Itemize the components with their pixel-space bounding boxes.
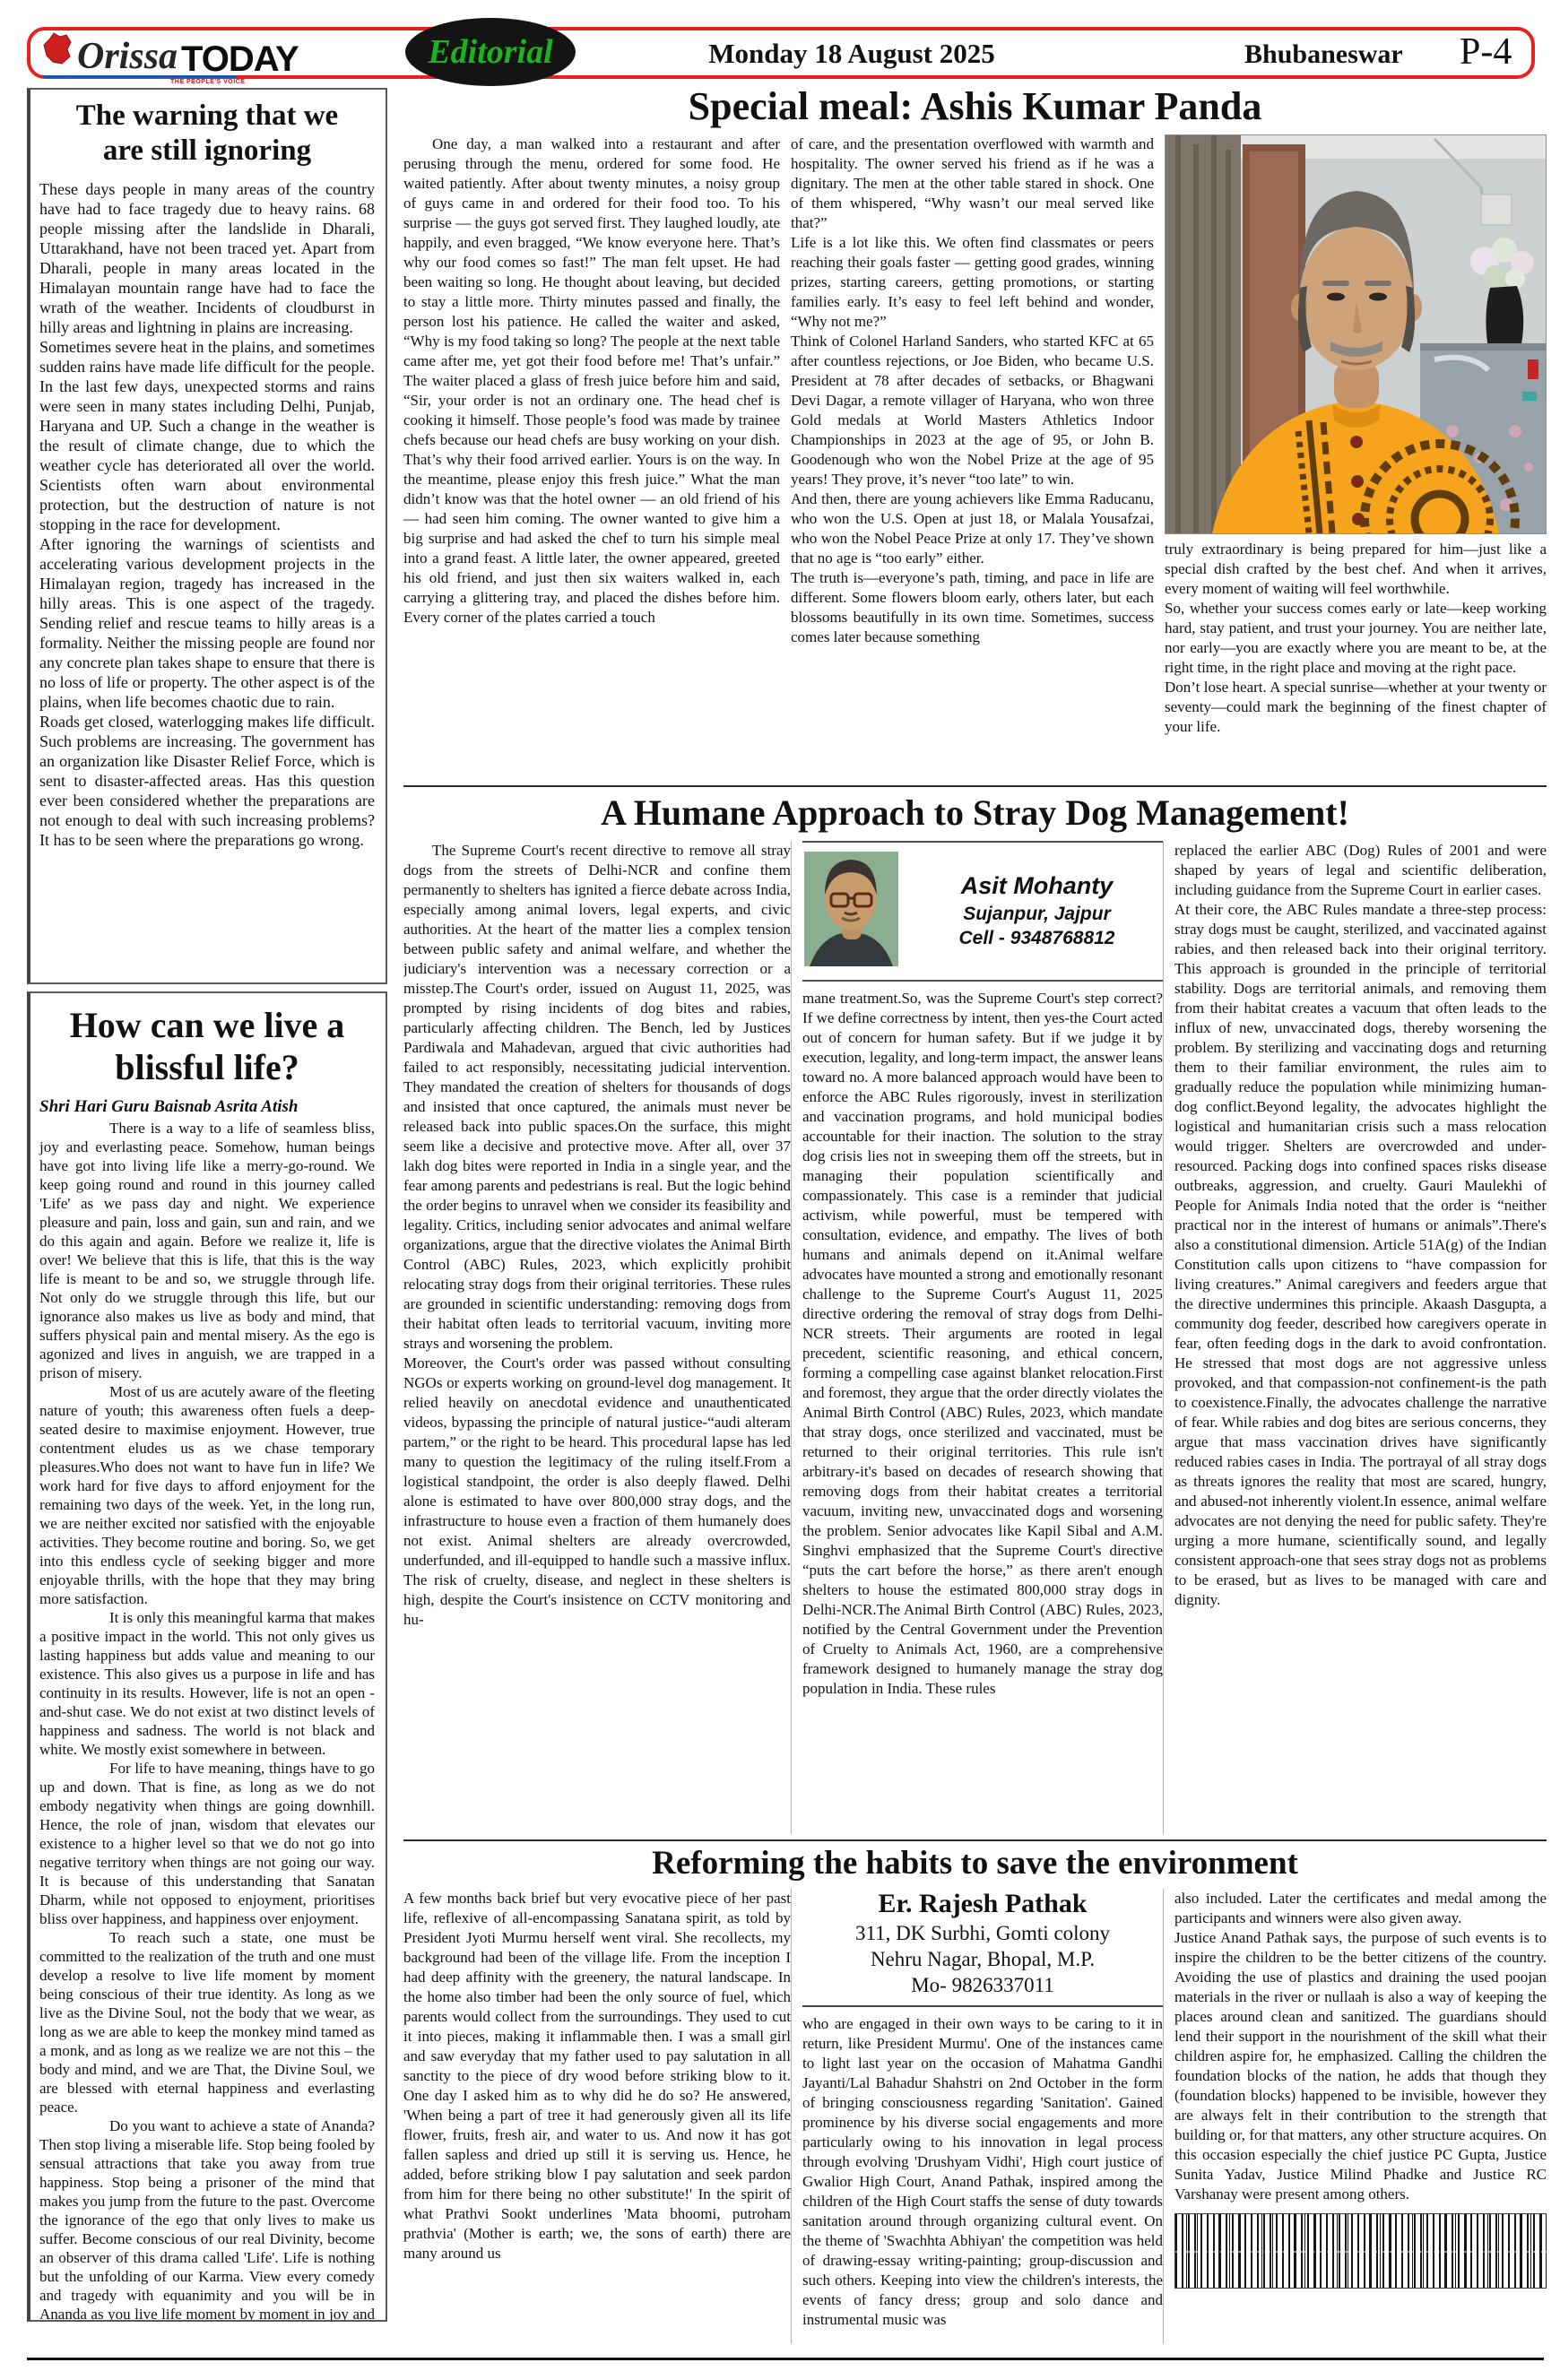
- article-stray-dogs-title: A Humane Approach to Stray Dog Managemen…: [403, 794, 1547, 832]
- article-paragraph: of care, and the presentation overflowed…: [791, 134, 1154, 233]
- article-special-meal-title: Special meal: Ashis Kumar Panda: [403, 86, 1547, 127]
- article-warning: The warning that we are still ignoring T…: [27, 88, 387, 984]
- article-paragraph: For life to have meaning, things have to…: [39, 1759, 375, 1928]
- stray-dogs-column-1: The Supreme Court's recent directive to …: [403, 841, 791, 1834]
- special-meal-column-3: truly extraordinary is being prepared fo…: [1165, 134, 1547, 780]
- author-info: Asit Mohanty Sujanpur, Jajpur Cell - 934…: [913, 872, 1161, 950]
- special-meal-column-2: of care, and the presentation overflowed…: [791, 134, 1154, 780]
- newspaper-logo: Orissa TODAY: [43, 32, 299, 74]
- article-paragraph: Think of Colonel Harland Sanders, who st…: [791, 332, 1154, 489]
- main-content: Special meal: Ashis Kumar Panda One day,…: [403, 84, 1547, 2344]
- article-paragraph: Roads get closed, waterlogging makes lif…: [39, 712, 375, 850]
- article-paragraph: To reach such a state, one must be commi…: [39, 1928, 375, 2116]
- article-paragraph: So, whether your success comes early or …: [1165, 599, 1547, 678]
- article-paragraph: also included. Later the certificates an…: [1174, 1889, 1547, 1928]
- article-stray-dogs: The Supreme Court's recent directive to …: [403, 841, 1547, 1834]
- reforming-column-3: also included. Later the certificates an…: [1163, 1889, 1547, 2344]
- author-address: Nehru Nagar, Bhopal, M.P.: [802, 1947, 1163, 1973]
- stray-dogs-column-2: Asit Mohanty Sujanpur, Jajpur Cell - 934…: [791, 841, 1163, 1834]
- article-paragraph: Don’t lose heart. A special sunrise—whet…: [1165, 678, 1547, 737]
- reforming-column-2: Er. Rajesh Pathak 311, DK Surbhi, Gomti …: [791, 1889, 1163, 2344]
- article-paragraph: Sometimes severe heat in the plains, and…: [39, 337, 375, 534]
- article-paragraph: Life is a lot like this. We often find c…: [791, 233, 1154, 332]
- article-blissful-life: How can we live a blissful life? Shri Ha…: [27, 991, 387, 2322]
- author-box: Asit Mohanty Sujanpur, Jajpur Cell - 934…: [802, 841, 1163, 982]
- article-reforming: A few months back brief but very evocati…: [403, 1889, 1547, 2344]
- logo-underline: [43, 75, 236, 78]
- reforming-column-1: A few months back brief but very evocati…: [403, 1889, 791, 2344]
- author-address: 311, DK Surbhi, Gomti colony: [802, 1921, 1163, 1947]
- article-blissful-author: Shri Hari Guru Baisnab Asrita Atish: [39, 1097, 375, 1117]
- section-badge: Editorial: [405, 18, 576, 86]
- article-paragraph: mane treatment.So, was the Supreme Court…: [802, 989, 1163, 1699]
- article-paragraph: A few months back brief but very evocati…: [403, 1889, 791, 2263]
- article-paragraph: These days people in many areas of the c…: [39, 179, 375, 337]
- section-divider: [403, 785, 1547, 787]
- article-paragraph: It is only this meaningful karma that ma…: [39, 1608, 375, 1759]
- author-mobile: Mo- 9826337011: [802, 1973, 1163, 1999]
- asit-mohanty-photo: [804, 852, 898, 971]
- article-blissful-title: How can we live a blissful life?: [39, 1004, 375, 1088]
- article-paragraph: truly extraordinary is being prepared fo…: [1165, 540, 1547, 599]
- article-paragraph: Do you want to achieve a state of Ananda…: [39, 2116, 375, 2322]
- special-meal-column-1: One day, a man walked into a restaurant …: [403, 134, 780, 780]
- article-paragraph: who are engaged in their own ways to be …: [802, 2014, 1163, 2330]
- logo-tagline: THE PEOPLE'S VOICE: [170, 79, 245, 85]
- page-bottom-rule: [27, 2358, 1544, 2360]
- author-block: Er. Rajesh Pathak 311, DK Surbhi, Gomti …: [802, 1889, 1163, 2007]
- author-place: Sujanpur, Jajpur: [913, 903, 1161, 926]
- article-paragraph: At their core, the ABC Rules mandate a t…: [1174, 900, 1547, 1610]
- article-paragraph: The Supreme Court's recent directive to …: [403, 841, 791, 1354]
- stray-dogs-column-3: replaced the earlier ABC (Dog) Rules of …: [1163, 841, 1547, 1834]
- logo-today-text: TODAY: [181, 44, 299, 74]
- edition-city: Bhubaneswar: [1244, 39, 1403, 70]
- ashis-kumar-panda-photo: [1165, 134, 1547, 534]
- edition-date: Monday 18 August 2025: [708, 38, 995, 70]
- article-paragraph: Moreover, the Court's order was passed w…: [403, 1354, 791, 1630]
- section-badge-label: Editorial: [428, 32, 552, 72]
- article-warning-title: The warning that we are still ignoring: [39, 99, 375, 169]
- article-paragraph: The truth is—everyone’s path, timing, an…: [791, 568, 1154, 647]
- section-divider: [403, 1839, 1547, 1841]
- article-reforming-title: Reforming the habits to save the environ…: [403, 1847, 1547, 1882]
- author-name: Asit Mohanty: [913, 872, 1161, 900]
- barcode: [1174, 2213, 1547, 2289]
- author-cell: Cell - 9348768812: [913, 927, 1161, 950]
- orissa-map-icon: [43, 32, 74, 71]
- article-paragraph: replaced the earlier ABC (Dog) Rules of …: [1174, 841, 1547, 900]
- article-paragraph: One day, a man walked into a restaurant …: [403, 134, 780, 627]
- article-paragraph: And then, there are young achievers like…: [791, 489, 1154, 568]
- article-paragraph: After ignoring the warnings of scientist…: [39, 534, 375, 712]
- article-paragraph: Justice Anand Pathak says, the purpose o…: [1174, 1928, 1547, 2204]
- article-paragraph: Most of us are acutely aware of the flee…: [39, 1382, 375, 1608]
- author-name: Er. Rajesh Pathak: [802, 1889, 1163, 1919]
- article-special-meal: One day, a man walked into a restaurant …: [403, 134, 1547, 780]
- article-paragraph: There is a way to a life of seamless bli…: [39, 1119, 375, 1382]
- logo-orissa-text: Orissa: [77, 40, 178, 74]
- page-number: P-4: [1460, 30, 1512, 74]
